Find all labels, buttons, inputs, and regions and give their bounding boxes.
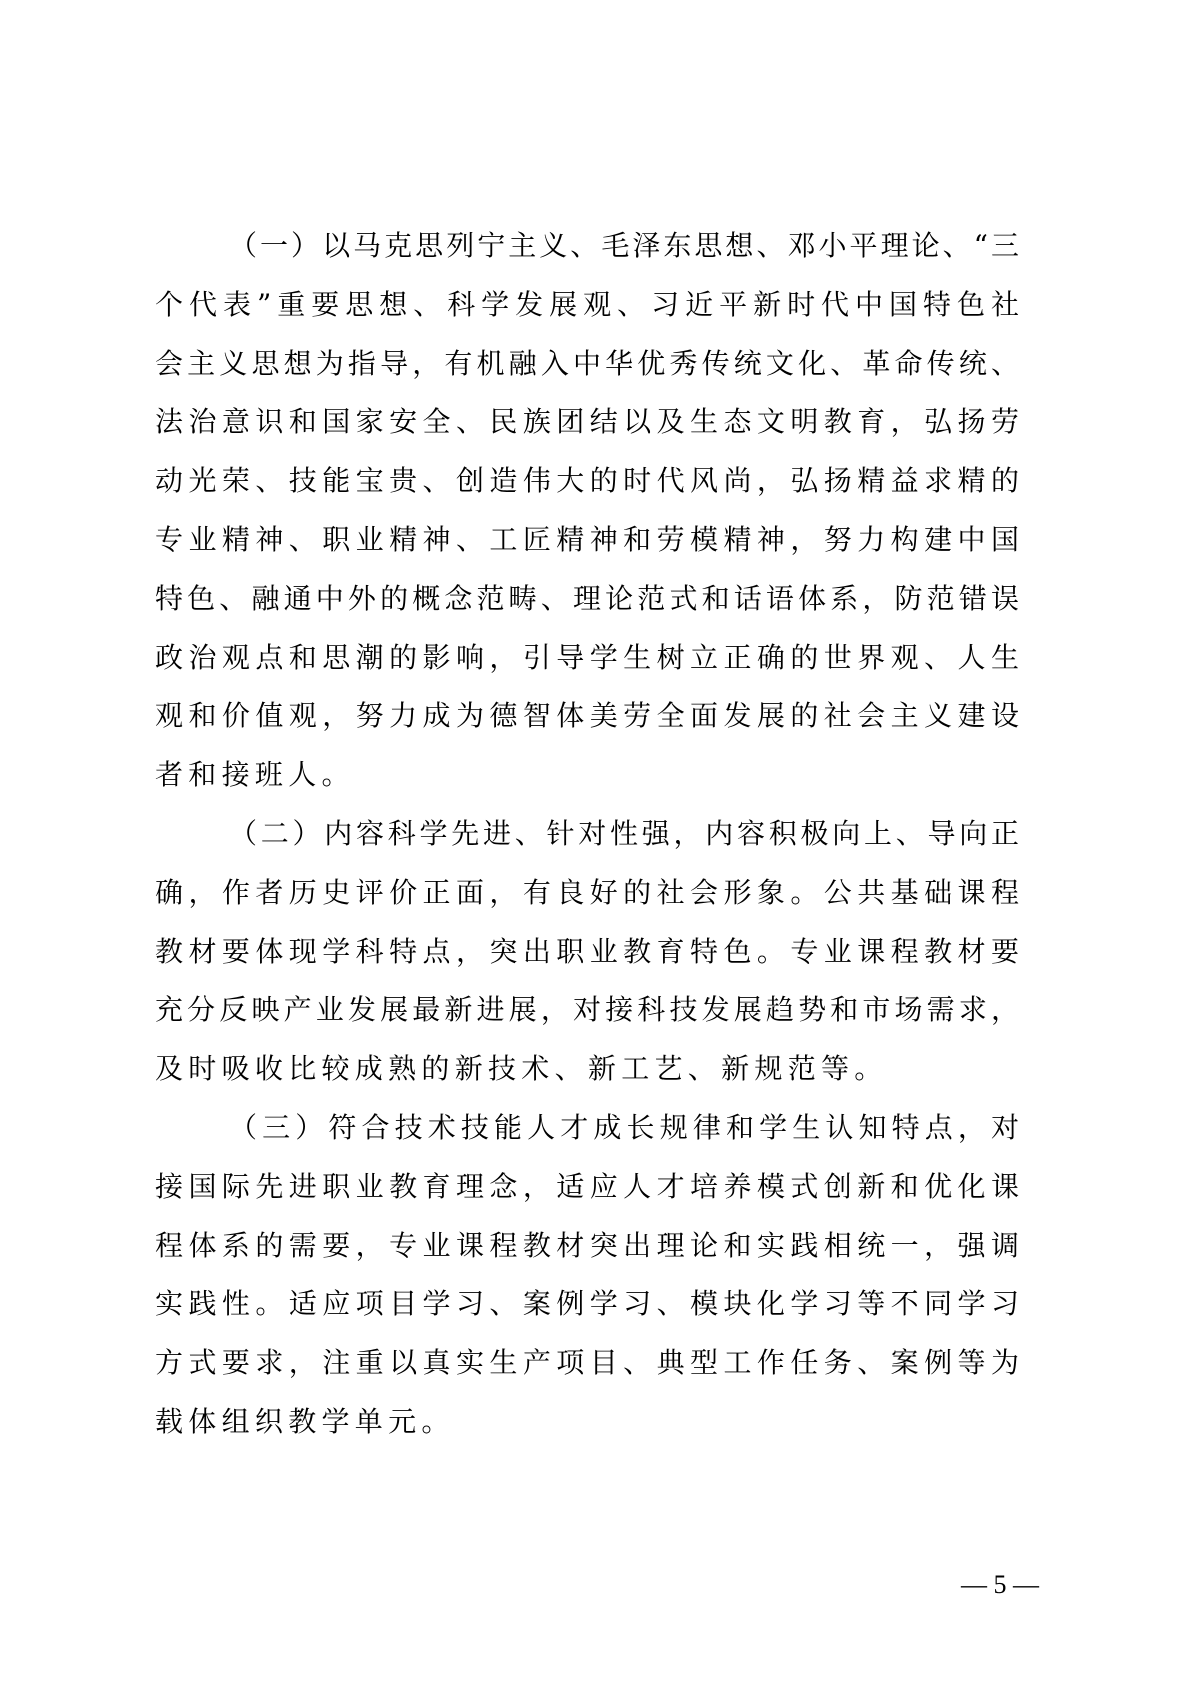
text-line: 法治意识和国家安全、民族团结以及生态文明教育，弘扬劳	[155, 393, 1021, 452]
text-line: 者和接班人。	[155, 746, 1021, 805]
page-number: — 5 —	[960, 1568, 1040, 1602]
text-line: 动光荣、技能宝贵、创造伟大的时代风尚，弘扬精益求精的	[155, 452, 1021, 511]
text-line: 接国际先进职业教育理念，适应人才培养模式创新和优化课	[155, 1158, 1021, 1217]
text-line: 政治观点和思潮的影响，引导学生树立正确的世界观、人生	[155, 629, 1021, 688]
text-line: 会主义思想为指导，有机融入中华优秀传统文化、革命传统、	[155, 335, 1021, 394]
text-line: 充分反映产业发展最新进展，对接科技发展趋势和市场需求，	[155, 981, 1021, 1040]
text-line: 确，作者历史评价正面，有良好的社会形象。公共基础课程	[155, 864, 1021, 923]
document-body: （一）以马克思列宁主义、毛泽东思想、邓小平理论、“三 个代表”重要思想、科学发展…	[155, 217, 1021, 1452]
text-line: 程体系的需要，专业课程教材突出理论和实践相统一，强调	[155, 1217, 1021, 1276]
text-line: 特色、融通中外的概念范畴、理论范式和话语体系，防范错误	[155, 570, 1021, 629]
text-line: 专业精神、职业精神、工匠精神和劳模精神，努力构建中国	[155, 511, 1021, 570]
paragraph-3: （三）符合技术技能人才成长规律和学生认知特点，对 接国际先进职业教育理念，适应人…	[155, 1099, 1021, 1452]
text-line: 个代表”重要思想、科学发展观、习近平新时代中国特色社	[155, 276, 1021, 335]
text-line: 观和价值观，努力成为德智体美劳全面发展的社会主义建设	[155, 687, 1021, 746]
paragraph-1: （一）以马克思列宁主义、毛泽东思想、邓小平理论、“三 个代表”重要思想、科学发展…	[155, 217, 1021, 805]
text-line: 实践性。适应项目学习、案例学习、模块化学习等不同学习	[155, 1275, 1021, 1334]
text-line: （一）以马克思列宁主义、毛泽东思想、邓小平理论、“三	[155, 217, 1021, 276]
text-line: （二）内容科学先进、针对性强，内容积极向上、导向正	[155, 805, 1021, 864]
text-line: （三）符合技术技能人才成长规律和学生认知特点，对	[155, 1099, 1021, 1158]
text-line: 教材要体现学科特点，突出职业教育特色。专业课程教材要	[155, 923, 1021, 982]
text-line: 方式要求，注重以真实生产项目、典型工作任务、案例等为	[155, 1334, 1021, 1393]
document-page: （一）以马克思列宁主义、毛泽东思想、邓小平理论、“三 个代表”重要思想、科学发展…	[0, 0, 1190, 1683]
paragraph-2: （二）内容科学先进、针对性强，内容积极向上、导向正 确，作者历史评价正面，有良好…	[155, 805, 1021, 1099]
text-line: 载体组织教学单元。	[155, 1393, 1021, 1452]
text-line: 及时吸收比较成熟的新技术、新工艺、新规范等。	[155, 1040, 1021, 1099]
